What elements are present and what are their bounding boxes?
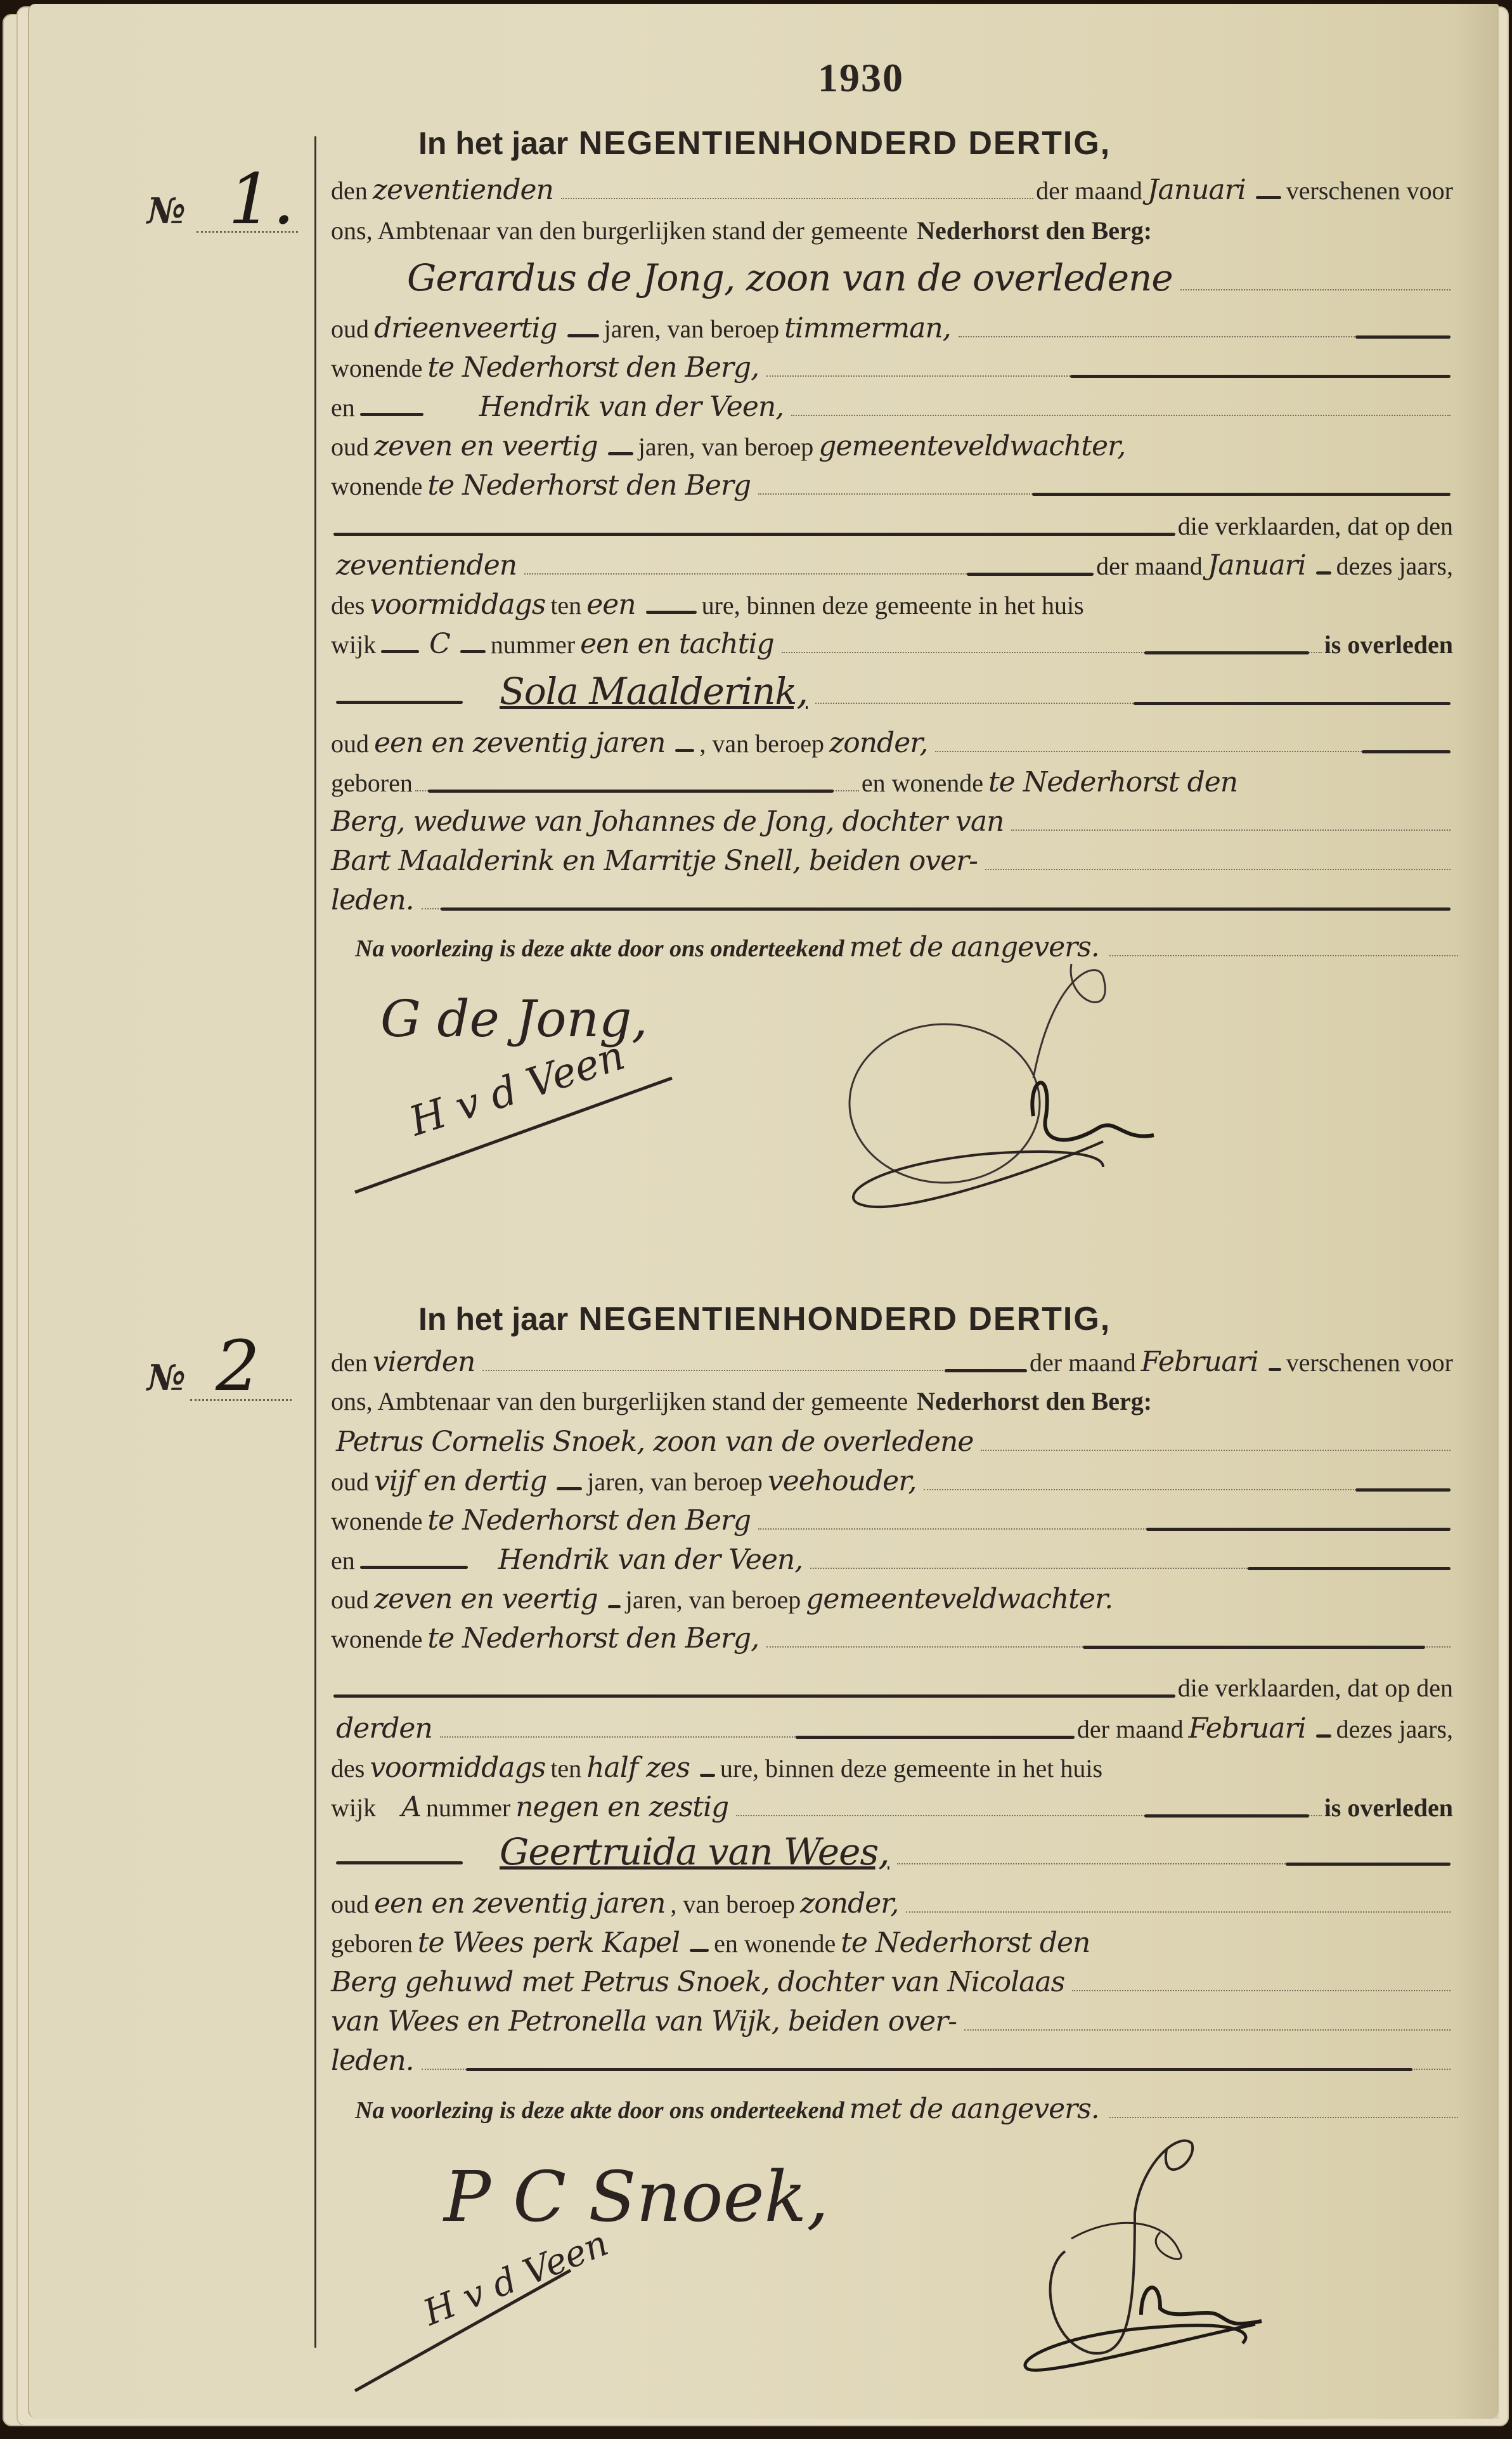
dotted-line (782, 627, 1322, 653)
heading-prefix: In het jaar (418, 1301, 568, 1337)
line-declarant1-residence: wonende te Nederhorst den Berg (331, 1502, 1453, 1540)
label-at: ten (550, 587, 581, 625)
label-residing: wonende (331, 467, 422, 505)
label-nummer: nummer (491, 626, 575, 664)
label-years-occupation: jaren, van beroep (638, 428, 814, 466)
filler-dash (360, 1566, 468, 1569)
dotted-line (422, 883, 1451, 909)
declarant2-occupation: gemeenteveldwachter, (813, 427, 1130, 465)
declarant1-occupation: timmerman, (779, 309, 956, 348)
record-heading: In het jaar NEGENTIENHONDERD DERTIG, (418, 124, 1458, 162)
line-declarant1-name: Gerardus de Jong, zoon van de overledene (331, 259, 1453, 309)
label-at: ten (550, 1750, 581, 1788)
line-declarant2-residence: wonende te Nederhorst den Berg, (331, 1620, 1453, 1658)
page-year: 1930 (818, 55, 904, 101)
label-and: en (331, 1542, 355, 1580)
dotted-line (758, 1503, 1451, 1530)
label-month: der maand (1096, 547, 1203, 585)
label-age: oud (331, 1581, 369, 1619)
date-value: zeventienden (368, 171, 559, 209)
label-month: der maand (1030, 1344, 1136, 1382)
closing-text: Na voorlezing is deze akte door ons onde… (355, 935, 844, 963)
margin-rule (314, 136, 316, 2348)
line-declarant2-age: oud zeven en veertig jaren, van beroep g… (331, 1580, 1453, 1618)
deceased-name: Sola Maalderink, (468, 672, 813, 710)
declarant2-residence: te Nederhorst den Berg, (422, 1620, 764, 1658)
deceased-age: een en zeventig jaren (369, 1885, 670, 1923)
label-residing: en wonende (862, 764, 983, 802)
filler-dash (360, 413, 423, 416)
line-declarant2-residence: wonende te Nederhorst den Berg (331, 467, 1453, 505)
label-declared: die verklaarden, dat op den (1178, 1669, 1453, 1707)
filler-dash (700, 1774, 715, 1777)
extra-line-2: van Wees en Petronella van Wijk, beiden … (331, 2003, 962, 2041)
filler-dash (1316, 571, 1331, 575)
closing-statement: Na voorlezing is deze akte door ons onde… (355, 2093, 1458, 2125)
line-extra-2: Bart Maalderink en Marritje Snell, beide… (331, 842, 1453, 880)
signature-declarant1: P C Snoek, (444, 2156, 829, 2237)
filler-dash (381, 650, 419, 653)
dotted-line (415, 765, 859, 791)
label-occupation: , van beroep (699, 725, 824, 763)
municipality: Nederhorst den Berg: (917, 1382, 1152, 1421)
dotted-line (1180, 264, 1451, 290)
line-time: des voormiddags ten een ure, binnen deze… (331, 586, 1453, 624)
month-value: Januari (1142, 171, 1251, 209)
filler-dash (675, 749, 694, 752)
line-declarant2-name: en Hendrik van der Veen, (331, 1541, 1453, 1579)
line-extra-2: van Wees en Petronella van Wijk, beiden … (331, 2003, 1453, 2041)
declarant2-name: Hendrik van der Veen, (473, 1541, 808, 1579)
municipality: Nederhorst den Berg: (917, 212, 1152, 250)
dotted-line (766, 350, 1451, 377)
dotted-line (791, 389, 1451, 416)
label-age: oud (331, 428, 369, 466)
filler-dash (608, 452, 633, 455)
record-number: 1. (228, 159, 295, 240)
filler-dash (336, 701, 463, 704)
dotted-line (1109, 2094, 1458, 2118)
label-this-year: dezes jaars, (1336, 547, 1453, 585)
signature-flourish-declarant2 (317, 2258, 799, 2403)
line-deceased-age: oud een en zeventig jaren , van beroep z… (331, 1885, 1453, 1923)
line-declarant1-age: oud drieenveertig jaren, van beroep timm… (331, 309, 1453, 348)
dotted-line (810, 1542, 1451, 1569)
number-symbol: № (147, 190, 186, 232)
death-day: derden (331, 1710, 437, 1748)
line-death-date: derden der maand Februari dezes jaars, (331, 1710, 1453, 1748)
label-residing: en wonende (714, 1925, 836, 1963)
extra-line-3: leden. (331, 881, 419, 920)
extra-line-2: Bart Maalderink en Marritje Snell, beide… (331, 842, 983, 880)
extra-line-3: leden. (331, 2042, 419, 2080)
filler-dash (336, 1861, 463, 1864)
extra-line-1: Berg, weduwe van Johannes de Jong, docht… (331, 803, 1009, 841)
heading-prefix: In het jaar (418, 126, 568, 161)
dotted-line (935, 725, 1451, 752)
dotted-line (440, 1711, 1075, 1738)
dotted-line (482, 1344, 1027, 1371)
line-declarant1-name: Petrus Cornelis Snoek, zoon van de overl… (331, 1423, 1453, 1461)
declarant1-name: Petrus Cornelis Snoek, zoon van de overl… (331, 1423, 978, 1461)
dotted-line (1072, 1965, 1451, 1991)
filler-dash (690, 1949, 709, 1952)
declarant2-name: Hendrik van der Veen, (429, 388, 789, 426)
born-value: te Wees perk Kapel (413, 1924, 685, 1962)
closing-text: Na voorlezing is deze akte door ons onde… (355, 2097, 844, 2124)
line-deceased-age: oud een en zeventig jaren , van beroep z… (331, 724, 1453, 762)
label-declared: die verklaarden, dat op den (1178, 507, 1453, 545)
line-extra-3: leden. (331, 2042, 1453, 2080)
declarant2-age: zeven en veertig (369, 427, 603, 465)
deceased-age: een en zeventig jaren (369, 724, 670, 762)
extra-line-1: Berg gehuwd met Petrus Snoek, dochter va… (331, 1963, 1069, 2001)
declarant1-occupation: veehouder, (763, 1462, 922, 1500)
label-residing: wonende (331, 1502, 422, 1540)
label-wijk: wijk (331, 626, 376, 664)
line-death-date: zeventienden der maand Januari dezes jaa… (331, 547, 1453, 585)
declarant1-residence: te Nederhorst den Berg, (422, 349, 764, 387)
label-age: oud (331, 1885, 369, 1923)
label-this-year: dezes jaars, (1336, 1710, 1453, 1748)
label-des: des (331, 1750, 365, 1788)
heading-year-words: NEGENTIENHONDERD DERTIG, (579, 1301, 1111, 1337)
death-day: zeventienden (331, 547, 522, 585)
label-den: den (331, 1344, 368, 1382)
closing-handwritten: met de aangevers. (844, 2093, 1104, 2125)
house-number: negen en zestig (510, 1788, 733, 1826)
dotted-line (906, 1886, 1451, 1913)
dotted-line (524, 548, 1094, 575)
wijk-value: A (376, 1788, 426, 1826)
line-declared: die verklaarden, dat op den (331, 507, 1453, 545)
time-of-day: voormiddags (365, 586, 550, 624)
line-declarant1-residence: wonende te Nederhorst den Berg, (331, 349, 1453, 387)
line-declared: die verklaarden, dat op den (331, 1669, 1453, 1707)
line-official: ons, Ambtenaar van den burgerlijken stan… (331, 212, 1453, 250)
death-month: Januari (1203, 547, 1311, 585)
filler-dash (557, 1487, 582, 1490)
filler-dash (1256, 196, 1281, 199)
label-des: des (331, 587, 365, 625)
record-number: 2 (216, 1325, 260, 1407)
dotted-line (561, 172, 1033, 199)
line-declarant2-name: en Hendrik van der Veen, (331, 388, 1453, 426)
date-value: vierden (368, 1343, 481, 1381)
label-age: oud (331, 310, 369, 348)
deceased-occupation: zonder, (795, 1885, 903, 1923)
dotted-line (1011, 804, 1451, 831)
wijk-value: C (424, 625, 455, 663)
dotted-line (964, 2004, 1451, 2031)
line-date: den zeventienden der maand Januari versc… (331, 171, 1453, 209)
line-deceased-name: Geertruida van Wees, (331, 1833, 1453, 1883)
month-value: Februari (1136, 1343, 1263, 1381)
dotted-line (333, 1670, 1175, 1696)
death-month: Februari (1184, 1710, 1311, 1748)
label-years-occupation: jaren, van beroep (604, 310, 780, 348)
filler-dash (567, 334, 599, 337)
label-died: is overleden (1324, 1789, 1453, 1827)
filler-dash (608, 1605, 621, 1608)
dotted-line (736, 1790, 1321, 1816)
deceased-name: Geertruida van Wees, (468, 1833, 895, 1871)
time-of-day: voormiddags (365, 1749, 550, 1787)
label-hour-suffix: ure, binnen deze gemeente in het huis (702, 587, 1084, 625)
line-born: geboren te Wees perk Kapel en wonende te… (331, 1924, 1453, 1962)
dotted-line (766, 1621, 1451, 1648)
label-month: der maand (1036, 172, 1142, 210)
dotted-line (985, 843, 1451, 870)
dotted-line (981, 1424, 1451, 1451)
declarant1-age: drieenveertig (369, 309, 562, 348)
line-address: wijk A nummer negen en zestig is overled… (331, 1788, 1453, 1826)
line-deceased-name: Sola Maalderink, (331, 672, 1453, 723)
filler-dash (646, 611, 697, 614)
signature-official (824, 951, 1395, 1230)
deceased-residence: te Nederhorst den (983, 764, 1243, 802)
line-declarant1-age: oud vijf en dertig jaren, van beroep vee… (331, 1462, 1453, 1500)
number-symbol: № (147, 1357, 186, 1399)
label-age: oud (331, 725, 369, 763)
line-extra-1: Berg, weduwe van Johannes de Jong, docht… (331, 803, 1453, 841)
declarant1-age: vijf en dertig (369, 1462, 552, 1500)
label-official: ons, Ambtenaar van den burgerlijken stan… (331, 212, 908, 250)
declarant1-residence: te Nederhorst den Berg (422, 1502, 756, 1540)
deceased-occupation: zonder, (824, 724, 933, 762)
label-born: geboren (331, 764, 413, 802)
dotted-line (959, 311, 1451, 337)
line-extra-3: leden. (331, 881, 1453, 920)
declarant1-name: Gerardus de Jong, zoon van de overledene (331, 259, 1178, 297)
dotted-line (924, 1464, 1451, 1490)
filler-dash (1269, 1368, 1281, 1371)
label-died: is overleden (1324, 626, 1453, 664)
record-heading: In het jaar NEGENTIENHONDERD DERTIG, (418, 1300, 1458, 1338)
label-nummer: nummer (426, 1789, 510, 1827)
house-number: een en tachtig (575, 625, 779, 663)
dotted-line (815, 677, 1451, 704)
label-wijk: wijk (331, 1789, 376, 1827)
line-date: den vierden der maand Februari verschene… (331, 1343, 1453, 1381)
line-declarant2-age: oud zeven en veertig jaren, van beroep g… (331, 427, 1453, 465)
label-residing: wonende (331, 1620, 422, 1658)
label-born: geboren (331, 1925, 413, 1963)
line-born: geboren en wonende te Nederhorst den (331, 764, 1453, 802)
dotted-line (333, 508, 1175, 535)
label-official: ons, Ambtenaar van den burgerlijken stan… (331, 1382, 908, 1421)
line-extra-1: Berg gehuwd met Petrus Snoek, dochter va… (331, 1963, 1453, 2001)
deceased-residence: te Nederhorst den (836, 1924, 1095, 1962)
label-years-occupation: jaren, van beroep (626, 1581, 801, 1619)
heading-year-words: NEGENTIENHONDERD DERTIG, (579, 125, 1111, 162)
dotted-line (758, 468, 1451, 495)
label-occupation: , van beroep (670, 1885, 795, 1923)
line-official: ons, Ambtenaar van den burgerlijken stan… (331, 1382, 1453, 1421)
filler-dash (460, 650, 486, 653)
label-age: oud (331, 1463, 369, 1501)
label-month: der maand (1077, 1710, 1184, 1748)
hour-value: half zes (581, 1749, 695, 1787)
line-address: wijk C nummer een en tachtig is overlede… (331, 625, 1453, 663)
signature-official (989, 2124, 1509, 2397)
label-residing: wonende (331, 349, 422, 387)
declarant2-residence: te Nederhorst den Berg (422, 467, 756, 505)
label-appeared: verschenen voor (1286, 172, 1453, 210)
declarant2-age: zeven en veertig (369, 1580, 603, 1618)
label-den: den (331, 172, 368, 210)
line-time: des voormiddags ten half zes ure, binnen… (331, 1749, 1453, 1787)
hour-value: een (581, 586, 640, 624)
label-hour-suffix: ure, binnen deze gemeente in het huis (720, 1750, 1102, 1788)
declarant2-occupation: gemeenteveldwachter. (801, 1580, 1118, 1618)
signature-flourish-declarant2 (342, 1040, 786, 1205)
label-appeared: verschenen voor (1286, 1344, 1453, 1382)
dotted-line (897, 1838, 1451, 1864)
dotted-line (422, 2043, 1451, 2070)
label-and: en (331, 389, 355, 427)
label-years-occupation: jaren, van beroep (587, 1463, 763, 1501)
filler-dash (1316, 1734, 1331, 1738)
